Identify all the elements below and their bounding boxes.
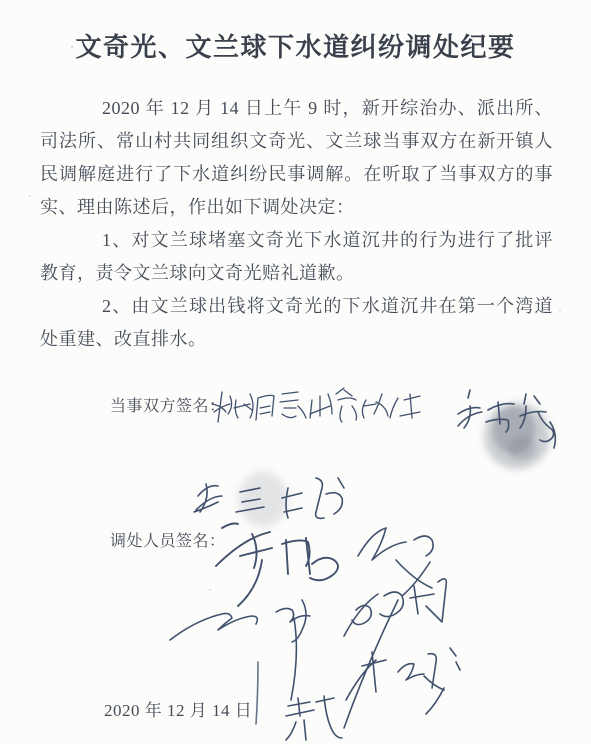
parties-signature-label: 当事双方签名： (110, 393, 226, 416)
document-body: 2020 年 12 月 14 日上午 9 时，新开综治办、派出所、司法所、常山村… (40, 92, 553, 356)
signature-mediator-2 (358, 528, 433, 596)
document-date: 2020 年 12 月 14 日 (104, 696, 252, 721)
paragraph-decision-2: 2、由文兰球出钱将文奇光的下水道沉井在第一个湾道处重建、改直排水。 (40, 290, 553, 356)
signature-party-note (212, 388, 420, 422)
mediators-signature-label: 调处人员签名： (110, 528, 226, 551)
fingerprint-party-a (484, 403, 550, 469)
fingerprint-party-b (238, 471, 288, 527)
document-title: 文奇光、文兰球下水道纠纷调处纪要 (0, 0, 591, 64)
scanned-mediation-document: 文奇光、文兰球下水道纠纷调处纪要 2020 年 12 月 14 日上午 9 时，… (0, 0, 591, 744)
signature-mediator-1 (216, 524, 338, 607)
signature-mediator-5 (344, 600, 460, 728)
signature-mediator-4 (344, 579, 446, 636)
paragraph-intro: 2020 年 12 月 14 日上午 9 时，新开综治办、派出所、司法所、常山村… (40, 92, 553, 224)
signature-party-b (194, 478, 344, 518)
paragraph-decision-1: 1、对文兰球堵塞文奇光下水道沉井的行为进行了批评教育，责令文兰球向文奇光赔礼道歉… (40, 224, 553, 290)
signature-party-a (458, 390, 555, 448)
signature-mediator-6 (286, 696, 342, 740)
